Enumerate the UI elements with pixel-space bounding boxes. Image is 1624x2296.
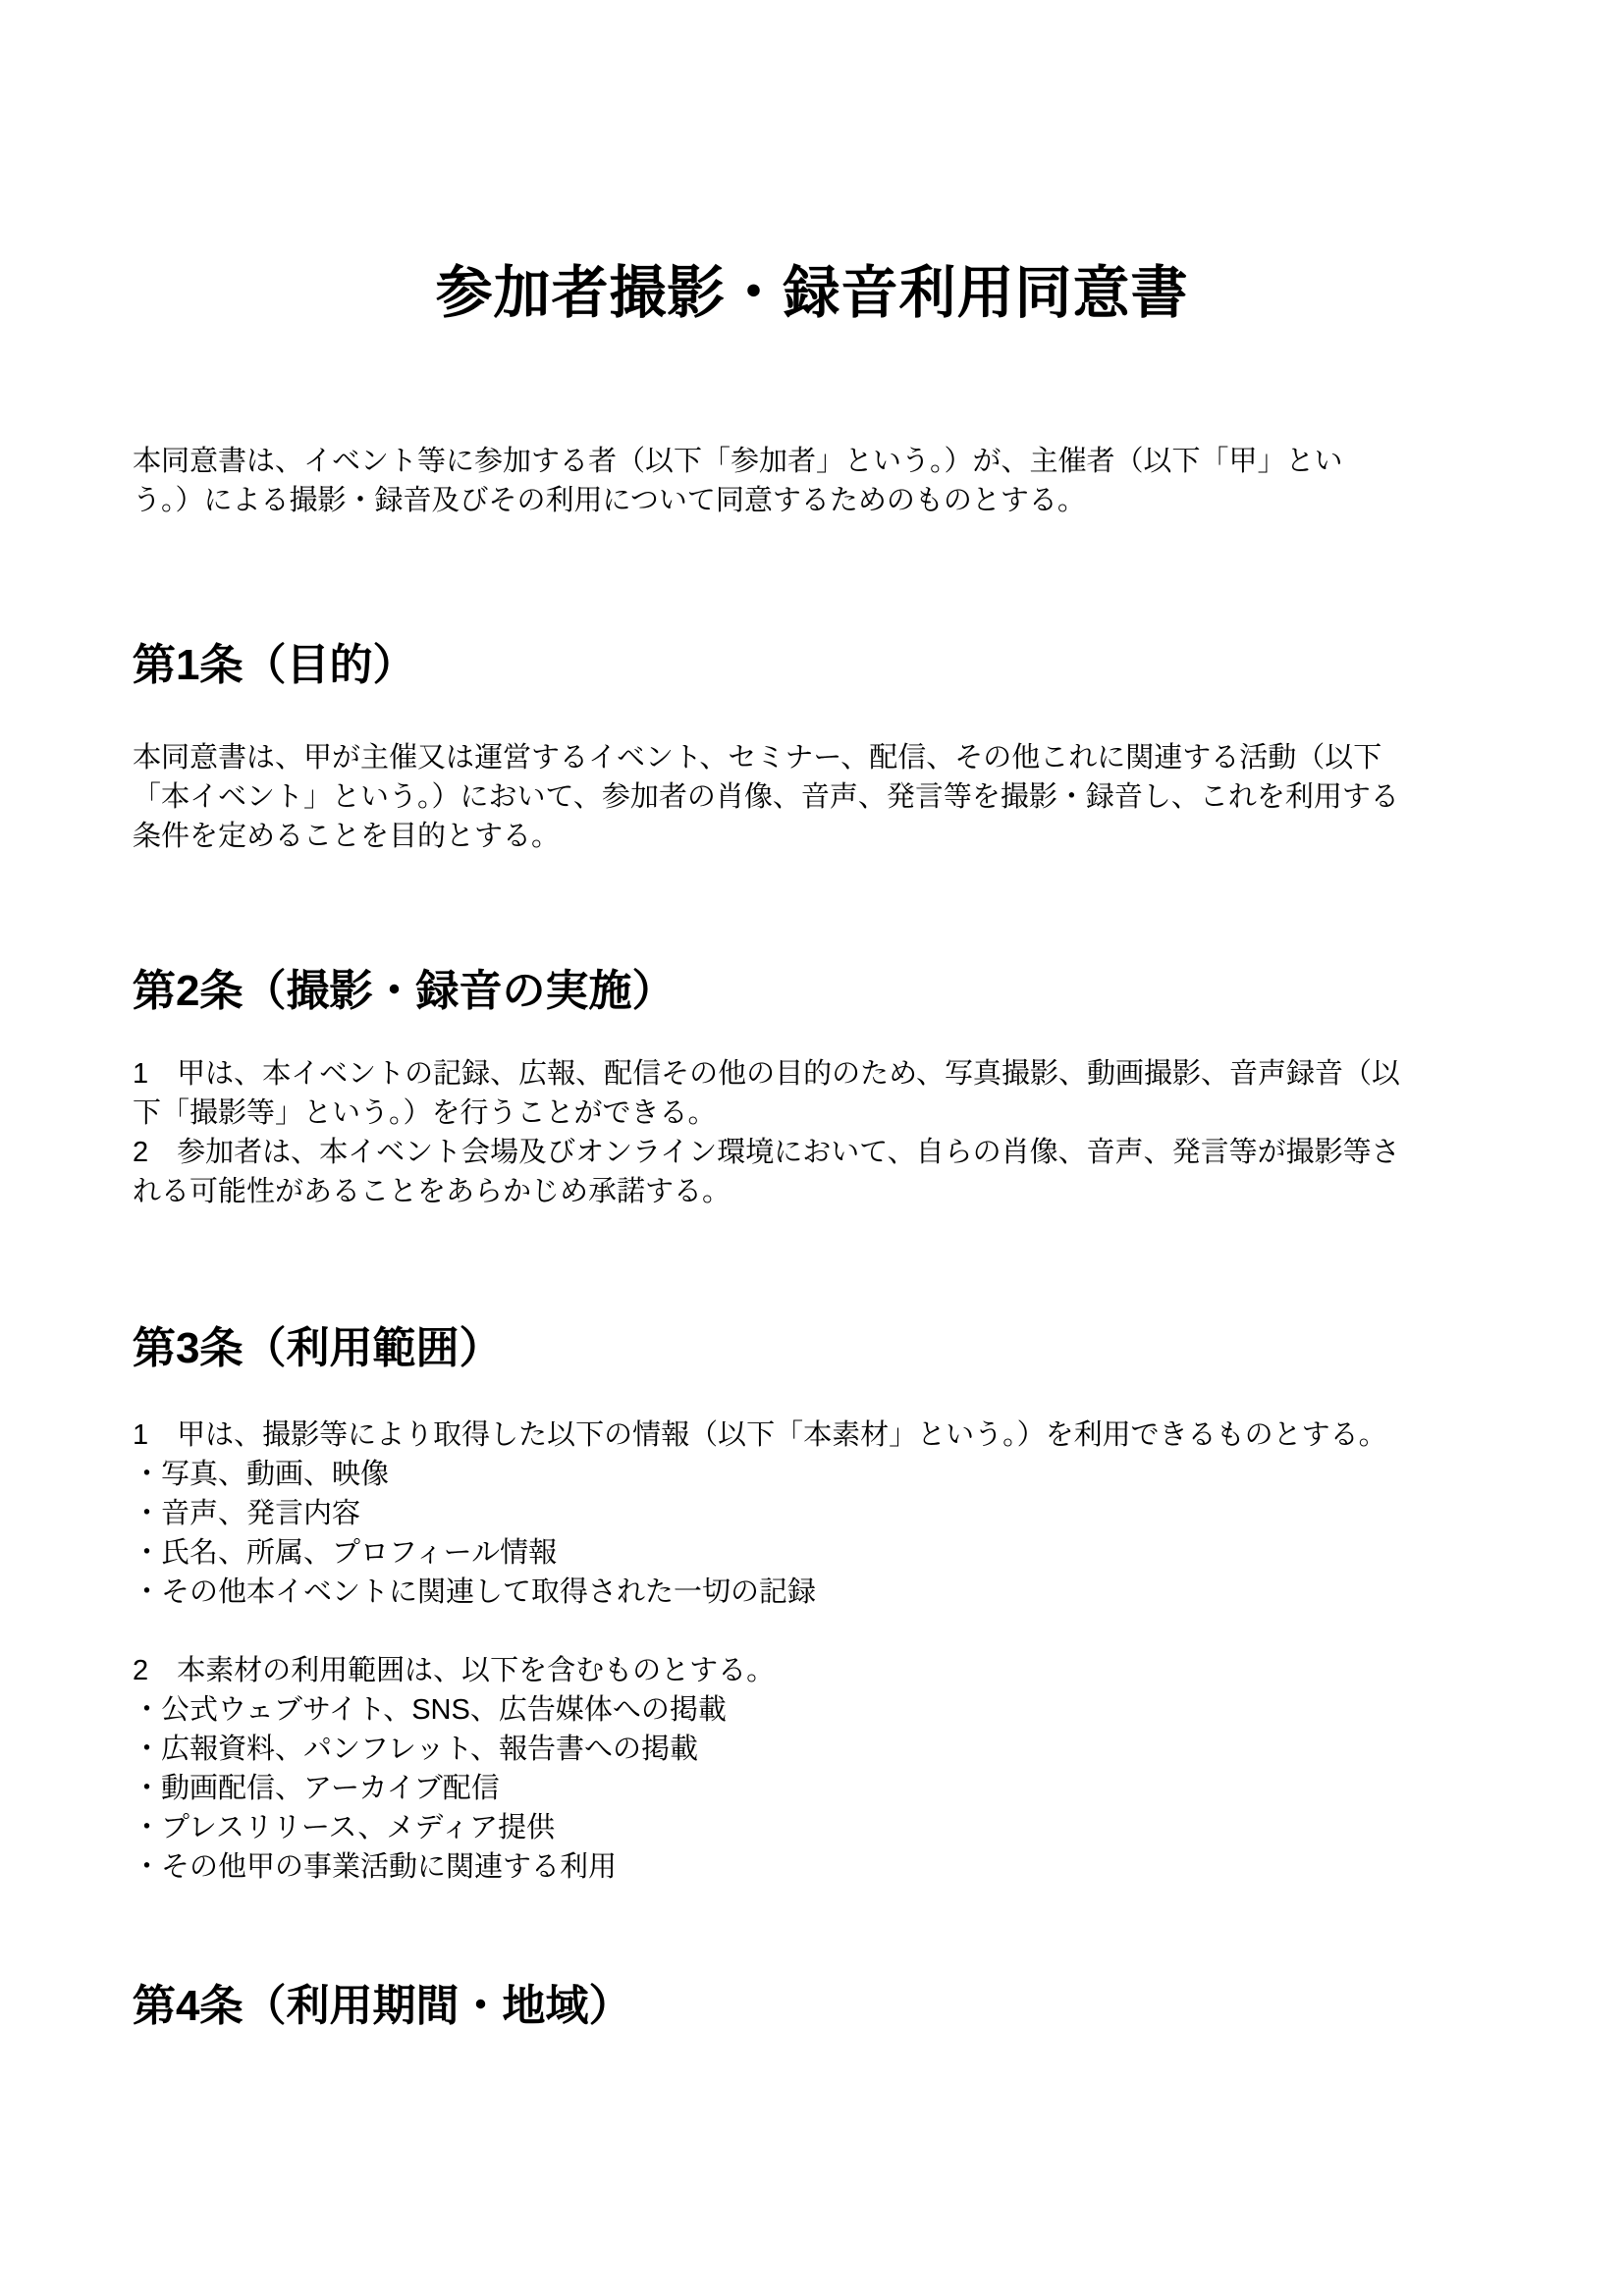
section-2-body: 1 甲は、本イベントの記録、広報、配信その他の目的のため、写真撮影、動画撮影、音…: [133, 1054, 1491, 1211]
document-title: 参加者撮影・録音利用同意書: [133, 259, 1491, 328]
section-3-materials-list: 1 甲は、撮影等により取得した以下の情報（以下「本素材」という。）を利用できるも…: [133, 1415, 1491, 1612]
section-1-heading: 第1条（目的）: [133, 638, 1491, 693]
section-1-body: 本同意書は、甲が主催又は運営するイベント、セミナー、配信、その他これに関連する活…: [133, 738, 1491, 856]
section-3-heading: 第3条（利用範囲）: [133, 1321, 1491, 1376]
section-2-heading: 第2条（撮影・録音の実施）: [133, 964, 1491, 1019]
section-4-heading: 第4条（利用期間・地域）: [133, 1979, 1491, 2034]
section-3-usage-scope-list: 2 本素材の利用範囲は、以下を含むものとする。 ・公式ウェブサイト、SNS、広告…: [133, 1651, 1491, 1887]
consent-document-page: 参加者撮影・録音利用同意書 本同意書は、イベント等に参加する者（以下「参加者」と…: [0, 0, 1624, 2296]
intro-paragraph: 本同意書は、イベント等に参加する者（以下「参加者」という。）が、主催者（以下「甲…: [133, 442, 1491, 520]
